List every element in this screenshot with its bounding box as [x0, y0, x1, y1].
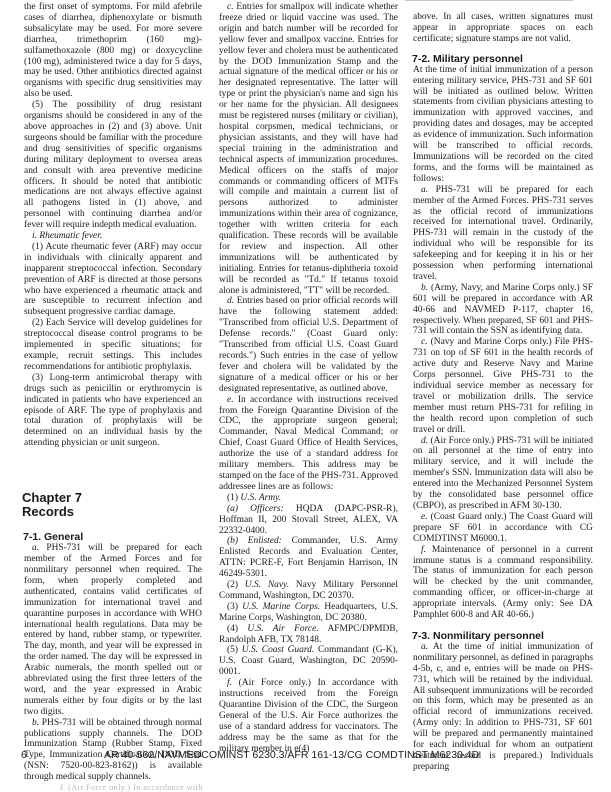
paragraph-7-2-e: e. (Coast Guard only.) The Coast Guard w…	[413, 512, 593, 545]
paragraph-7-1-d: d. Entries based on prior official recor…	[219, 296, 398, 394]
top-rule-divider	[405, 0, 573, 1]
address-marine-corps: (3) U.S. Marine Corps. Headquarters, U.S…	[219, 602, 398, 624]
paragraph-7-1-e: e. In accordance with instructions recei…	[219, 395, 398, 493]
paragraph-7-1-f: f. (Air Force only.) In accordance with …	[219, 678, 398, 754]
address-navy: (2) U.S. Navy. Navy Military Personnel C…	[219, 580, 398, 602]
section-heading-7-1: 7-1. General	[23, 531, 202, 543]
paragraph-signatures: above. In all cases, written signatures …	[413, 12, 593, 45]
column-left: the first onset of symptoms. For mild af…	[24, 2, 202, 783]
spacer	[413, 2, 593, 12]
document-page: the first onset of symptoms. For mild af…	[0, 0, 611, 792]
paragraph-diarrhea-treatment: the first onset of symptoms. For mild af…	[24, 2, 202, 100]
regulation-number: AR 40-562/NAVMEDCOMINST 6230.3/AFR 161-1…	[104, 749, 479, 761]
section-heading-7-2: 7-2. Military personnel	[412, 53, 593, 65]
page-footer: 6 AR 40-562/NAVMEDCOMINST 6230.3/AFR 161…	[0, 749, 611, 763]
page-number: 6	[21, 749, 27, 761]
paragraph-7-2-c: c. (Navy and Marine Corps only.) File PH…	[413, 337, 593, 435]
paragraph-7-2-b: b. (Army, Navy, and Marine Corps only.) …	[413, 283, 593, 338]
column-right: above. In all cases, written signatures …	[413, 2, 593, 773]
paragraph-7-2-intro: At the time of initial immunization of a…	[413, 65, 593, 185]
paragraph-arf-1: (1) Acute rheumatic fever (ARF) may occu…	[24, 242, 202, 318]
paragraph-7-2-a: a. PHS-731 will be prepared for each mem…	[413, 185, 593, 283]
paragraph-7-1-c: c. Entries for smallpox will indicate wh…	[219, 2, 398, 296]
bleed-through-text: f. (Air Force only.) In accordance with	[60, 783, 203, 792]
chapter-heading: Chapter 7 Records	[22, 491, 202, 519]
address-army: (1) U.S. Army.	[219, 493, 398, 504]
address-air-force: (4) U.S. Air Force. AFMPC/DPMDB, Randolp…	[219, 624, 398, 646]
paragraph-arf-3: (3) Long-term antimicrobal therapy with …	[24, 373, 202, 449]
paragraph-7-2-f: f. Maintenance of personnel in a current…	[413, 545, 593, 621]
paragraph-arf-2: (2) Each Service will develop guidelines…	[24, 318, 202, 373]
column-middle: c. Entries for smallpox will indicate wh…	[219, 2, 398, 755]
paragraph-drug-resistant: (5) The possibility of drug resistant or…	[24, 100, 202, 231]
address-army-officers: (a) Officers: HQDA (DAPC-PSR-R), Hoffman…	[219, 504, 398, 537]
paragraph-7-1-a: a. PHS-731 will be prepared for each mem…	[24, 543, 202, 718]
chapter-label: Chapter 7	[22, 490, 82, 505]
chapter-title: Records	[22, 504, 74, 519]
paragraph-7-2-d: d. (Air Force only.) PHS-731 will be ini…	[413, 436, 593, 512]
section-heading-7-3: 7-3. Nonmilitary personnel	[412, 630, 593, 642]
subheading-rheumatic-fever: i. Rheumatic fever.	[24, 231, 202, 242]
address-coast-guard: (5) U.S. Coast Guard. Commandant (G-K), …	[219, 645, 398, 678]
address-army-enlisted: (b) Enlisted: Commander, U.S. Army Enlis…	[219, 536, 398, 580]
